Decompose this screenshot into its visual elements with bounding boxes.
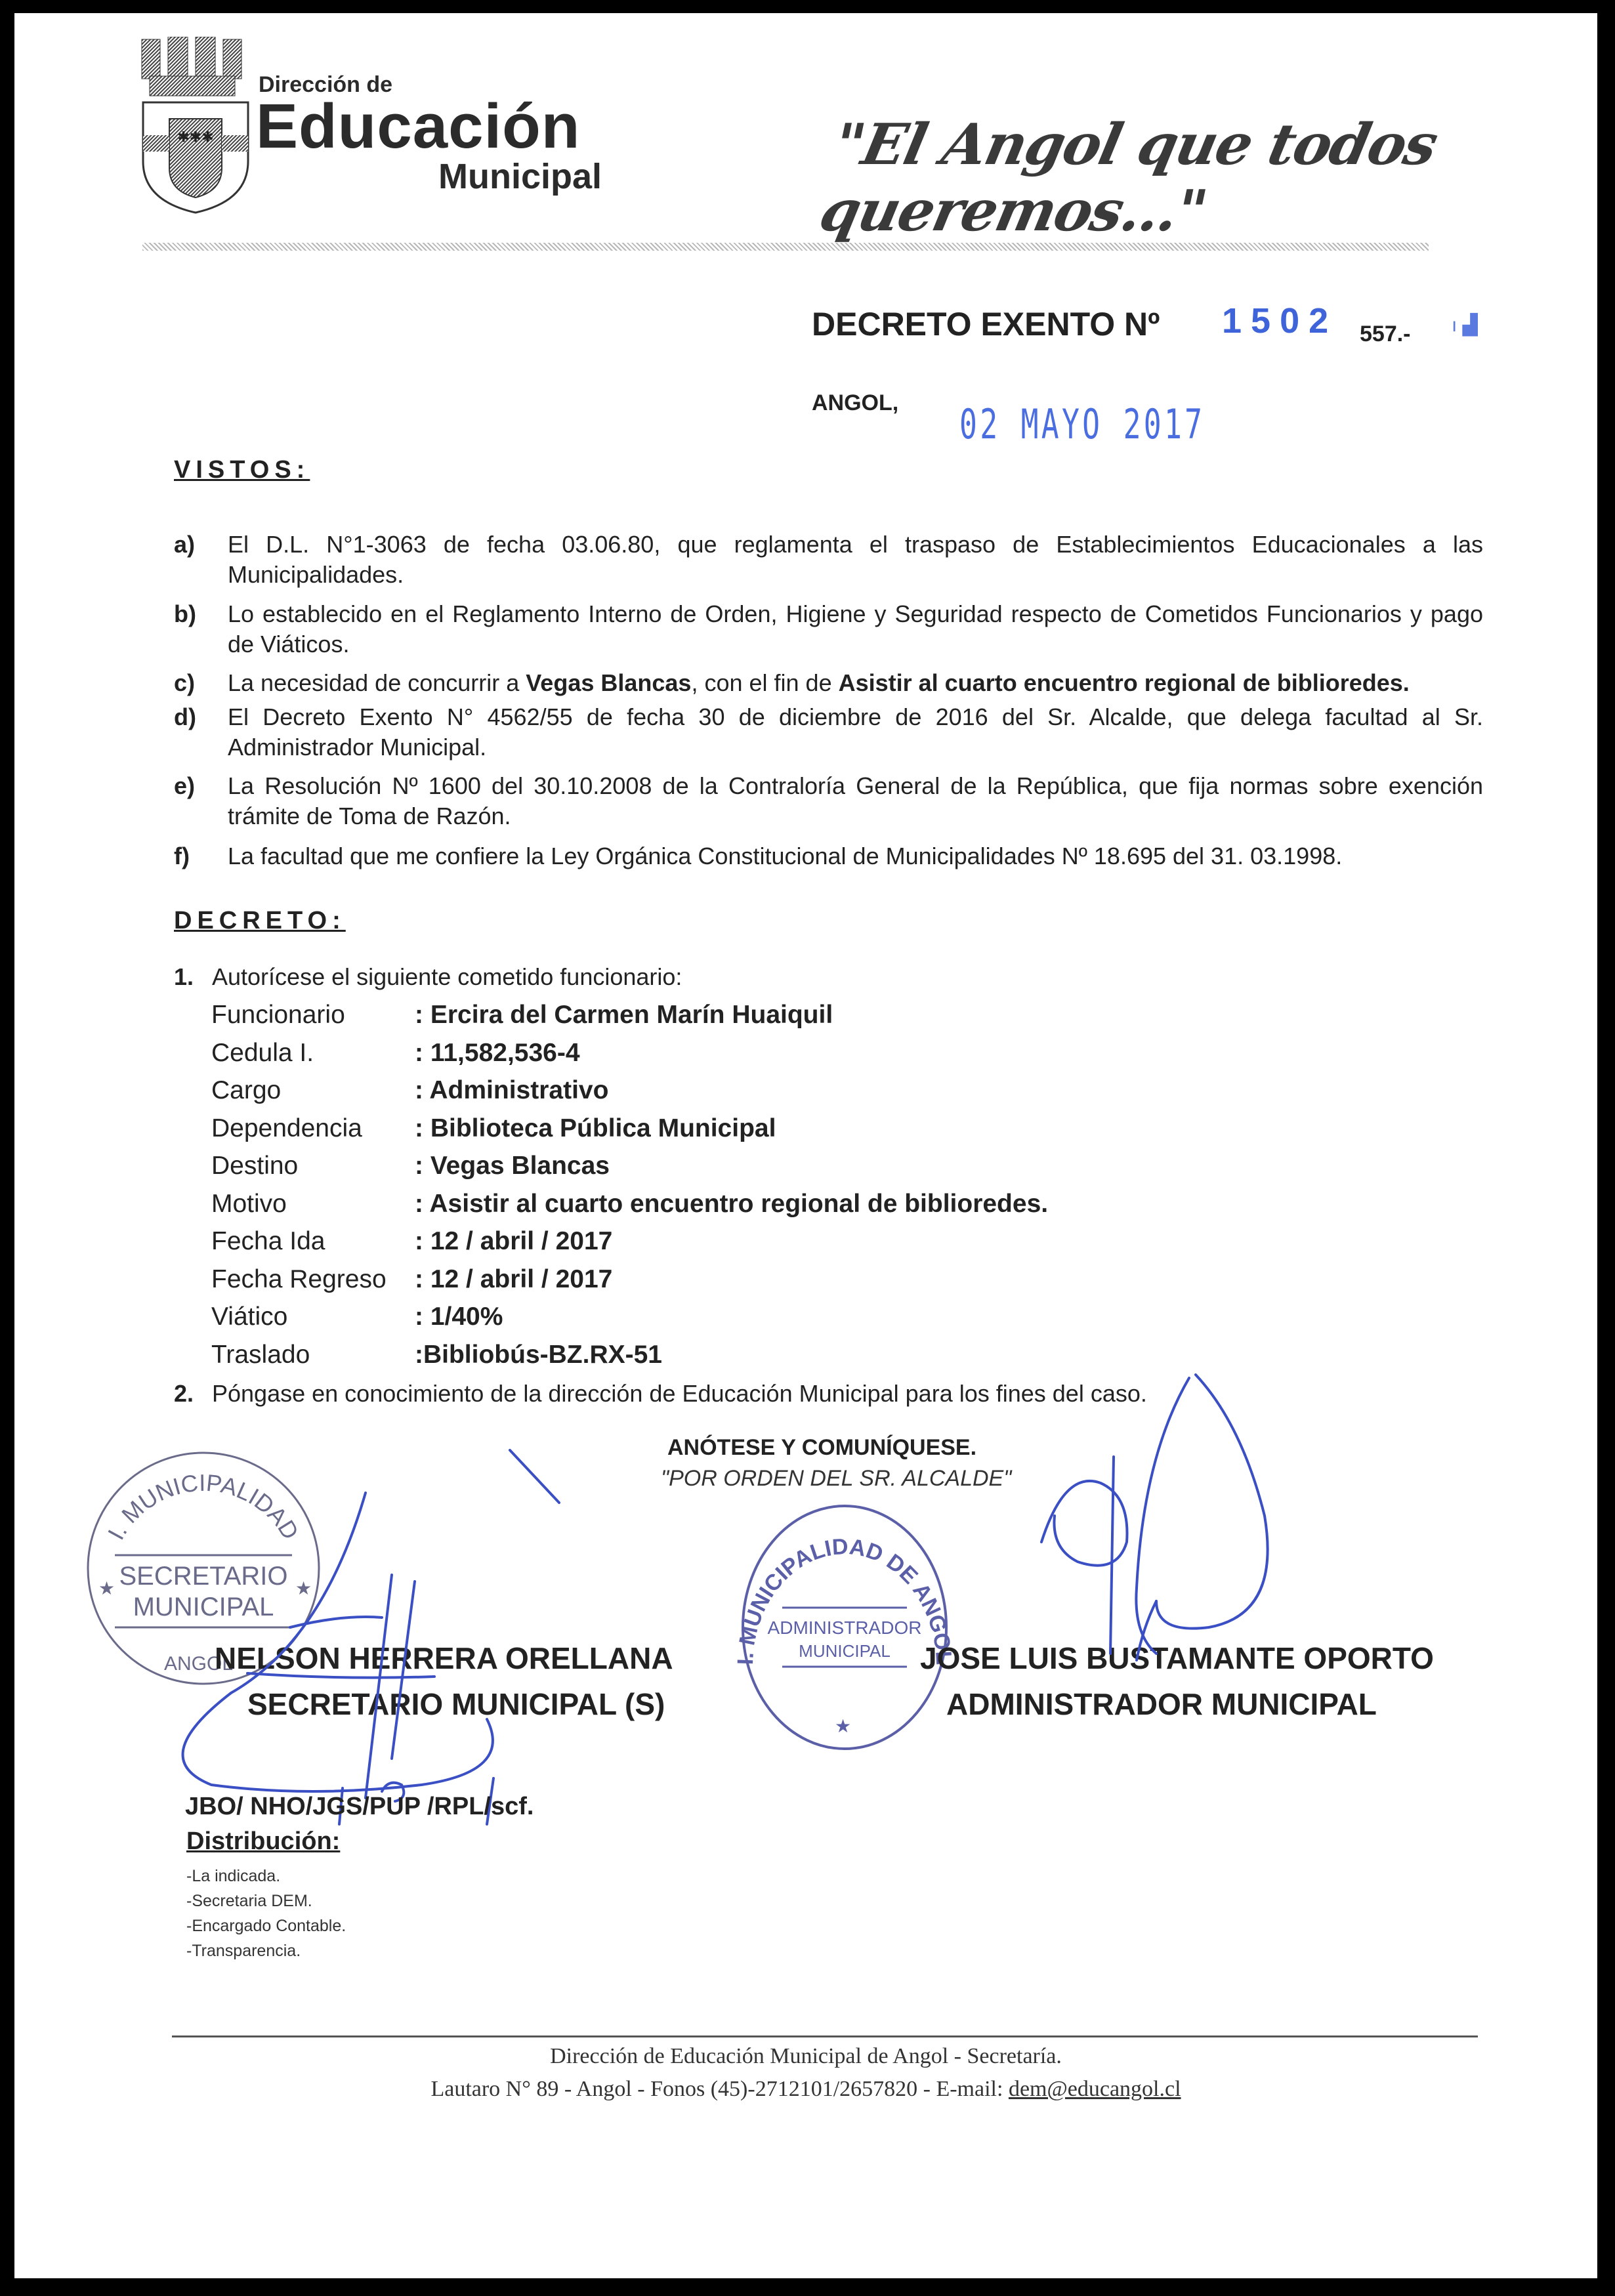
item-label: b) (174, 599, 196, 629)
field-value: : 12 / abril / 2017 (415, 1227, 612, 1255)
item-label: f) (174, 841, 190, 871)
svg-text:MUNICIPAL: MUNICIPAL (799, 1641, 891, 1661)
date-stamp: 02 MAYO 2017 (959, 400, 1205, 448)
field-value: : Ercira del Carmen Marín Huaiquil (415, 1001, 833, 1029)
distribution-item: -Encargado Contable. (186, 1913, 346, 1938)
field-row: Fecha Regreso: 12 / abril / 2017 (211, 1265, 612, 1294)
field-value: : Vegas Blancas (415, 1152, 610, 1180)
svg-text:★: ★ (98, 1578, 115, 1598)
item-text: La necesidad de concurrir a Vegas Blanca… (228, 668, 1483, 698)
footer-contact: Lautaro N° 89 - Angol - Fonos (45)-27121… (14, 2077, 1597, 2102)
distribution-item: -Secretaria DEM. (186, 1889, 346, 1913)
vistos-item: f) La facultad que me confiere la Ley Or… (174, 841, 1483, 871)
footer-address: Lautaro N° 89 - Angol - Fonos (45)-27121… (430, 2077, 1008, 2101)
decreto-item-1: 1.Autorícese el siguiente cometido funci… (174, 963, 682, 991)
field-label: Dependencia (211, 1114, 415, 1143)
vistos-item: d) El Decreto Exento N° 4562/55 de fecha… (174, 702, 1483, 762)
item-label: d) (174, 702, 196, 732)
item-number: 1. (174, 963, 212, 991)
org-name-line2: Educación (256, 91, 580, 163)
field-row: Cargo: Administrativo (211, 1076, 608, 1105)
decreto-item-2: 2.Póngase en conocimiento de la direcció… (174, 1380, 1147, 1408)
vistos-item: b) Lo establecido en el Reglamento Inter… (174, 599, 1483, 659)
svg-text:★: ★ (295, 1578, 312, 1598)
field-value: : 11,582,536-4 (415, 1039, 580, 1067)
vistos-item: e) La Resolución Nº 1600 del 30.10.2008 … (174, 771, 1483, 831)
svg-text:ADMINISTRADOR: ADMINISTRADOR (768, 1618, 922, 1638)
coat-of-arms-icon: ✱✱✱ (130, 37, 261, 214)
item-text: Lo establecido en el Reglamento Interno … (228, 599, 1483, 659)
item-text: Póngase en conocimiento de la dirección … (212, 1380, 1147, 1407)
field-row: Viático: 1/40% (211, 1303, 503, 1331)
field-label: Viático (211, 1303, 415, 1331)
field-value: : Asistir al cuarto encuentro regional d… (415, 1190, 1048, 1218)
document-page: ✱✱✱ Dirección de Educación Municipal "El… (14, 13, 1597, 2278)
header-divider (142, 243, 1429, 251)
svg-text:SECRETARIO: SECRETARIO (119, 1562, 287, 1591)
field-label: Funcionario (211, 1001, 415, 1030)
decreto-heading: DECRETO: (174, 907, 346, 935)
distribution-item: -La indicada. (186, 1864, 346, 1889)
decree-title: DECRETO EXENTO Nº (812, 305, 1160, 343)
field-value: : Biblioteca Pública Municipal (415, 1114, 776, 1142)
slogan: "El Angol que todos queremos..." (814, 112, 1612, 244)
item-label: c) (174, 668, 195, 698)
field-row: Dependencia: Biblioteca Pública Municipa… (211, 1114, 776, 1143)
ink-mark-icon: ı ▟ (1452, 314, 1478, 337)
field-value: : 12 / abril / 2017 (415, 1265, 612, 1293)
svg-text:I. MUNICIPALIDAD: I. MUNICIPALIDAD (102, 1469, 304, 1544)
field-label: Destino (211, 1152, 415, 1180)
field-row: Fecha Ida: 12 / abril / 2017 (211, 1227, 612, 1256)
field-label: Motivo (211, 1190, 415, 1219)
svg-text:★: ★ (835, 1716, 851, 1736)
field-row: Destino: Vegas Blancas (211, 1152, 610, 1180)
footer-divider (172, 2035, 1478, 2037)
item-text: Autorícese el siguiente cometido funcion… (212, 963, 682, 990)
field-row: Traslado:Bibliobús-BZ.RX-51 (211, 1341, 662, 1369)
field-label: Fecha Regreso (211, 1265, 415, 1294)
field-label: Fecha Ida (211, 1227, 415, 1256)
org-name-line3: Municipal (438, 156, 602, 197)
field-label: Cedula I. (211, 1039, 415, 1068)
field-value: : 1/40% (415, 1303, 503, 1331)
purpose-bold: Asistir al cuarto encuentro regional de … (839, 669, 1410, 696)
item-label: e) (174, 771, 195, 801)
vistos-item: a) El D.L. N°1-3063 de fecha 03.06.80, q… (174, 530, 1483, 590)
decree-stamped-number: 1502 (1222, 301, 1337, 341)
text-middle: , con el fin de (691, 669, 838, 696)
distribution-item: -Transparencia. (186, 1938, 346, 1963)
closing-line: ANÓTESE Y COMUNÍQUESE. (667, 1435, 976, 1461)
closing-order: "POR ORDEN DEL SR. ALCALDE" (661, 1466, 1011, 1492)
distribution-list: -La indicada. -Secretaria DEM. -Encargad… (186, 1864, 346, 1963)
item-text: La facultad que me confiere la Ley Orgán… (228, 841, 1483, 871)
decree-typed-number: 557.- (1360, 322, 1411, 347)
vistos-heading: VISTOS: (174, 456, 310, 484)
field-row: Funcionario: Ercira del Carmen Marín Hua… (211, 1001, 833, 1030)
field-value: : Administrativo (415, 1076, 608, 1104)
field-row: Motivo: Asistir al cuarto encuentro regi… (211, 1190, 1048, 1219)
svg-text:✱✱✱: ✱✱✱ (177, 129, 213, 145)
footer-org: Dirección de Educación Municipal de Ango… (14, 2044, 1597, 2069)
item-label: a) (174, 530, 195, 560)
city-label: ANGOL, (812, 390, 898, 416)
field-value: :Bibliobús-BZ.RX-51 (415, 1341, 662, 1369)
signatory-left-name: NELSON HERRERA ORELLANA (215, 1640, 673, 1676)
distribution-heading: Distribución: (186, 1827, 340, 1856)
destination-bold: Vegas Blancas (526, 669, 691, 696)
text-prefix: La necesidad de concurrir a (228, 669, 526, 696)
item-text: El D.L. N°1-3063 de fecha 03.06.80, que … (228, 530, 1483, 590)
field-label: Cargo (211, 1076, 415, 1105)
item-number: 2. (174, 1380, 212, 1408)
vistos-item: c) La necesidad de concurrir a Vegas Bla… (174, 668, 1483, 698)
field-row: Cedula I.: 11,582,536-4 (211, 1039, 580, 1068)
signatory-right-name: JOSE LUIS BUSTAMANTE OPORTO (920, 1640, 1434, 1676)
reference-initials: JBO/ NHO/JGS/PUP /RPL/scf. (185, 1793, 534, 1821)
signatory-left-title: SECRETARIO MUNICIPAL (S) (247, 1686, 665, 1722)
field-label: Traslado (211, 1341, 415, 1369)
item-text: La Resolución Nº 1600 del 30.10.2008 de … (228, 771, 1483, 831)
email-link[interactable]: dem@educangol.cl (1009, 2077, 1181, 2101)
item-text: El Decreto Exento N° 4562/55 de fecha 30… (228, 702, 1483, 762)
signatory-right-title: ADMINISTRADOR MUNICIPAL (946, 1686, 1377, 1722)
svg-text:MUNICIPAL: MUNICIPAL (133, 1593, 274, 1621)
administrador-municipal-stamp: I. MUNICIPALIDAD DE ANGOL ADMINISTRADOR … (736, 1499, 953, 1755)
